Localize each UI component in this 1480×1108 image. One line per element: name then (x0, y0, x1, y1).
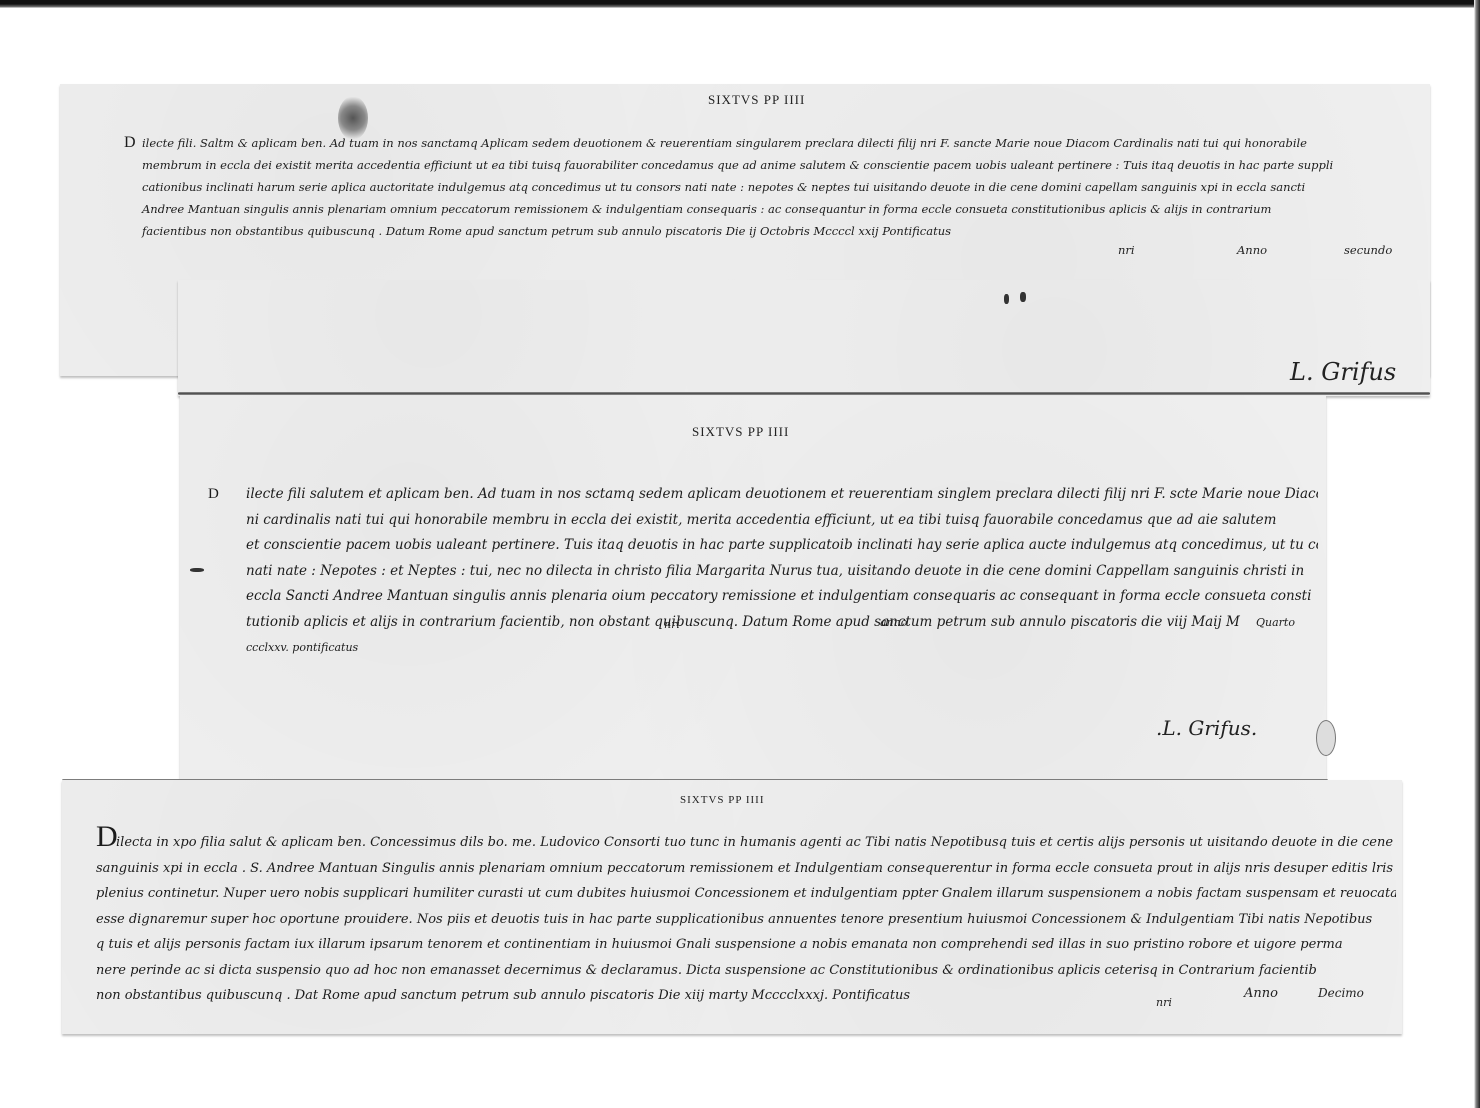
document-2-line: et conscientie pacem uobis ualeant perti… (208, 533, 1318, 559)
document-1-body: D ilecte fili. Saltm & aplicam ben. Ad t… (126, 132, 1396, 242)
document-2-anno: anno (880, 616, 907, 629)
sheet-overlap-edge (178, 392, 1430, 395)
document-3-line: plenius continetur. Nuper uero nobis sup… (96, 881, 1396, 907)
document-2-title: SIXTVS PP IIII (692, 424, 789, 440)
scan-right-edge (1474, 0, 1480, 1108)
document-1-nri: nri (1118, 243, 1135, 257)
document-2-line: nati nate : Nepotes : et Neptes : tui, n… (208, 559, 1318, 585)
ink-mark (190, 568, 204, 572)
seal-fragment (1316, 720, 1336, 756)
document-2-line: tutionib aplicis et alijs in contrarium … (208, 610, 1318, 636)
document-3-anno: Anno (1244, 986, 1278, 1001)
document-1-line: ilecte fili. Saltm & aplicam ben. Ad tua… (126, 132, 1396, 154)
document-1-line: facientibus non obstantibus quibuscunq .… (126, 220, 1396, 242)
document-2-line: eccla Sancti Andree Mantuan singulis ann… (208, 584, 1318, 610)
document-3-body: D ilecta in xpo filia salut & aplicam be… (96, 830, 1396, 1009)
document-1-line: membrum in eccla dei existit merita acce… (126, 154, 1396, 176)
document-3-nri: nri (1156, 996, 1172, 1009)
document-1-anno: Anno (1237, 243, 1267, 257)
document-1-line: Andree Mantuan singulis annis plenariam … (126, 198, 1396, 220)
document-1-line: cationibus inclinati harum serie aplica … (126, 176, 1396, 198)
document-2-year: Quarto (1256, 616, 1295, 629)
document-1-signature: L. Grifus (1290, 358, 1396, 386)
brief-sheet-1-lower (178, 280, 1430, 396)
document-2-line: ccclxxv. pontificatus (208, 635, 1318, 661)
document-3-line: nere perinde ac si dicta suspensio quo a… (96, 958, 1396, 984)
scan-top-edge (0, 0, 1480, 8)
document-3-year: Decimo (1318, 986, 1364, 1000)
document-2-line: ilecte fili salutem et aplicam ben. Ad t… (208, 482, 1318, 508)
document-3-initial: D (96, 824, 118, 850)
document-2-body: D ilecte fili salutem et aplicam ben. Ad… (208, 482, 1318, 661)
document-3-line: non obstantibus quibuscunq . Dat Rome ap… (96, 983, 1396, 1009)
document-1-year: secundo (1344, 243, 1392, 257)
document-1-initial: D (124, 132, 136, 154)
document-3-line: ilecta in xpo filia salut & aplicam ben.… (96, 830, 1396, 856)
document-1-title: SIXTVS PP IIII (708, 92, 805, 108)
document-3-line: esse dignaremur super hoc oportune proui… (96, 907, 1396, 933)
document-2-initial: D (208, 482, 219, 508)
document-3-line: sanguinis xpi in eccla . S. Andree Mantu… (96, 856, 1396, 882)
document-3-line: q tuis et alijs personis factam iux illa… (96, 932, 1396, 958)
document-2-line: ni cardinalis nati tui qui honorabile me… (208, 508, 1318, 534)
ink-spot (1020, 292, 1026, 302)
document-2-signature: .L. Grifus. (1156, 716, 1257, 740)
document-3-title: SIXTVS PP IIII (680, 794, 765, 806)
document-2-nri: nri (664, 618, 680, 631)
ink-spot (1004, 294, 1009, 304)
